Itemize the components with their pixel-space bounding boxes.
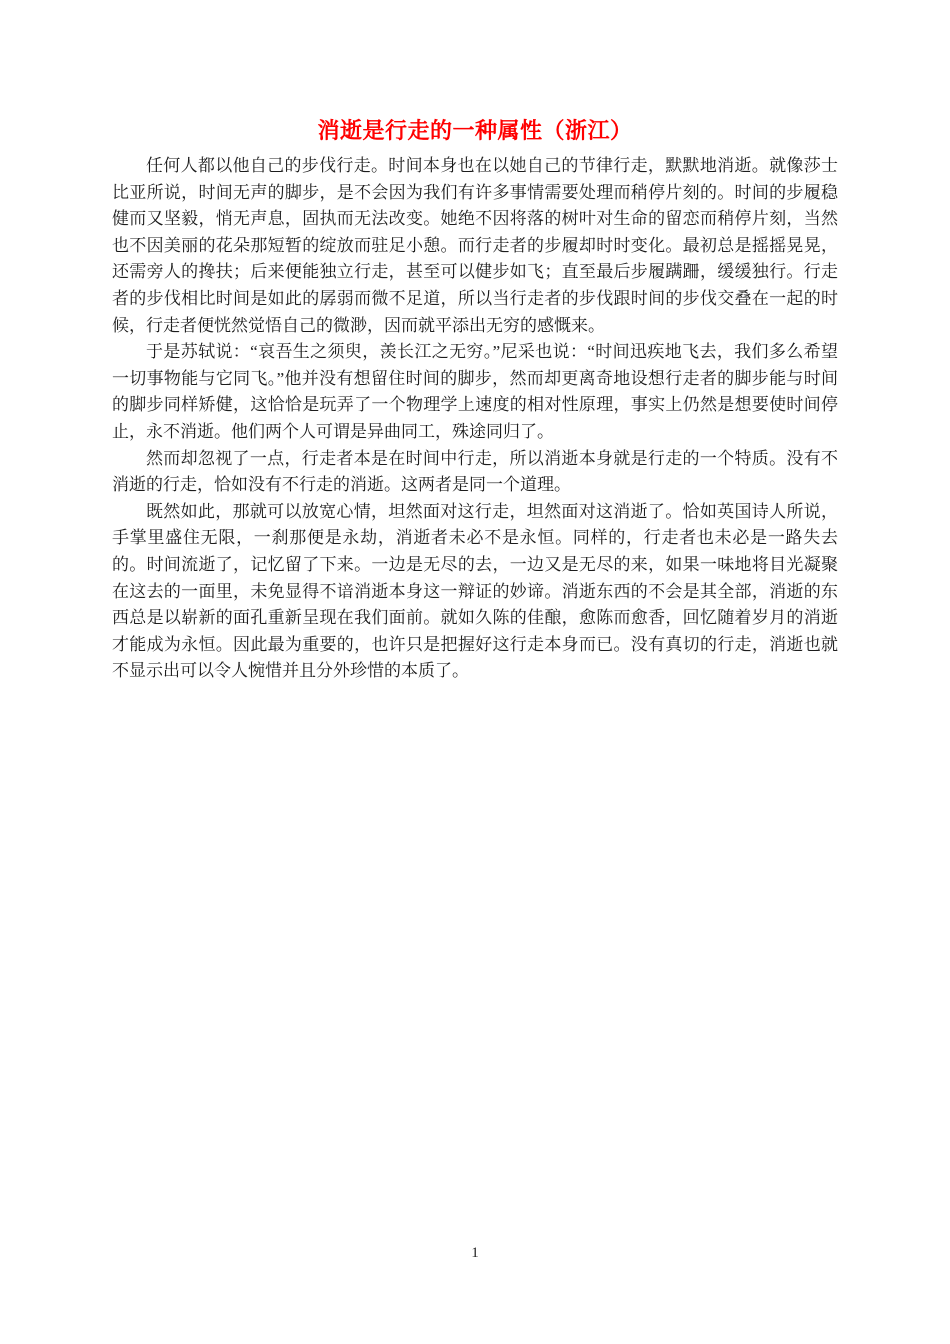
paragraph-2: 于是苏轼说：“哀吾生之须臾，羡长江之无穷。”尼采也说：“时间迅疾地飞去，我们多么… — [112, 339, 838, 445]
page-title: 消逝是行走的一种属性（浙江） — [0, 0, 950, 146]
page-number: 1 — [471, 1245, 479, 1261]
paragraph-3: 然而却忽视了一点，行走者本是在时间中行走，所以消逝本身就是行走的一个特质。没有不… — [112, 446, 838, 499]
paragraph-1: 任何人都以他自己的步伐行走。时间本身也在以她自己的节律行走，默默地消逝。就像莎士… — [112, 153, 838, 339]
paragraph-4: 既然如此，那就可以放宽心情，坦然面对这行走，坦然面对这消逝了。恰如英国诗人所说，… — [112, 499, 838, 685]
document-page: 消逝是行走的一种属性（浙江） 任何人都以他自己的步伐行走。时间本身也在以她自己的… — [0, 0, 950, 1344]
page-footer: 1 — [0, 1244, 950, 1262]
document-body: 任何人都以他自己的步伐行走。时间本身也在以她自己的节律行走，默默地消逝。就像莎士… — [112, 153, 838, 685]
